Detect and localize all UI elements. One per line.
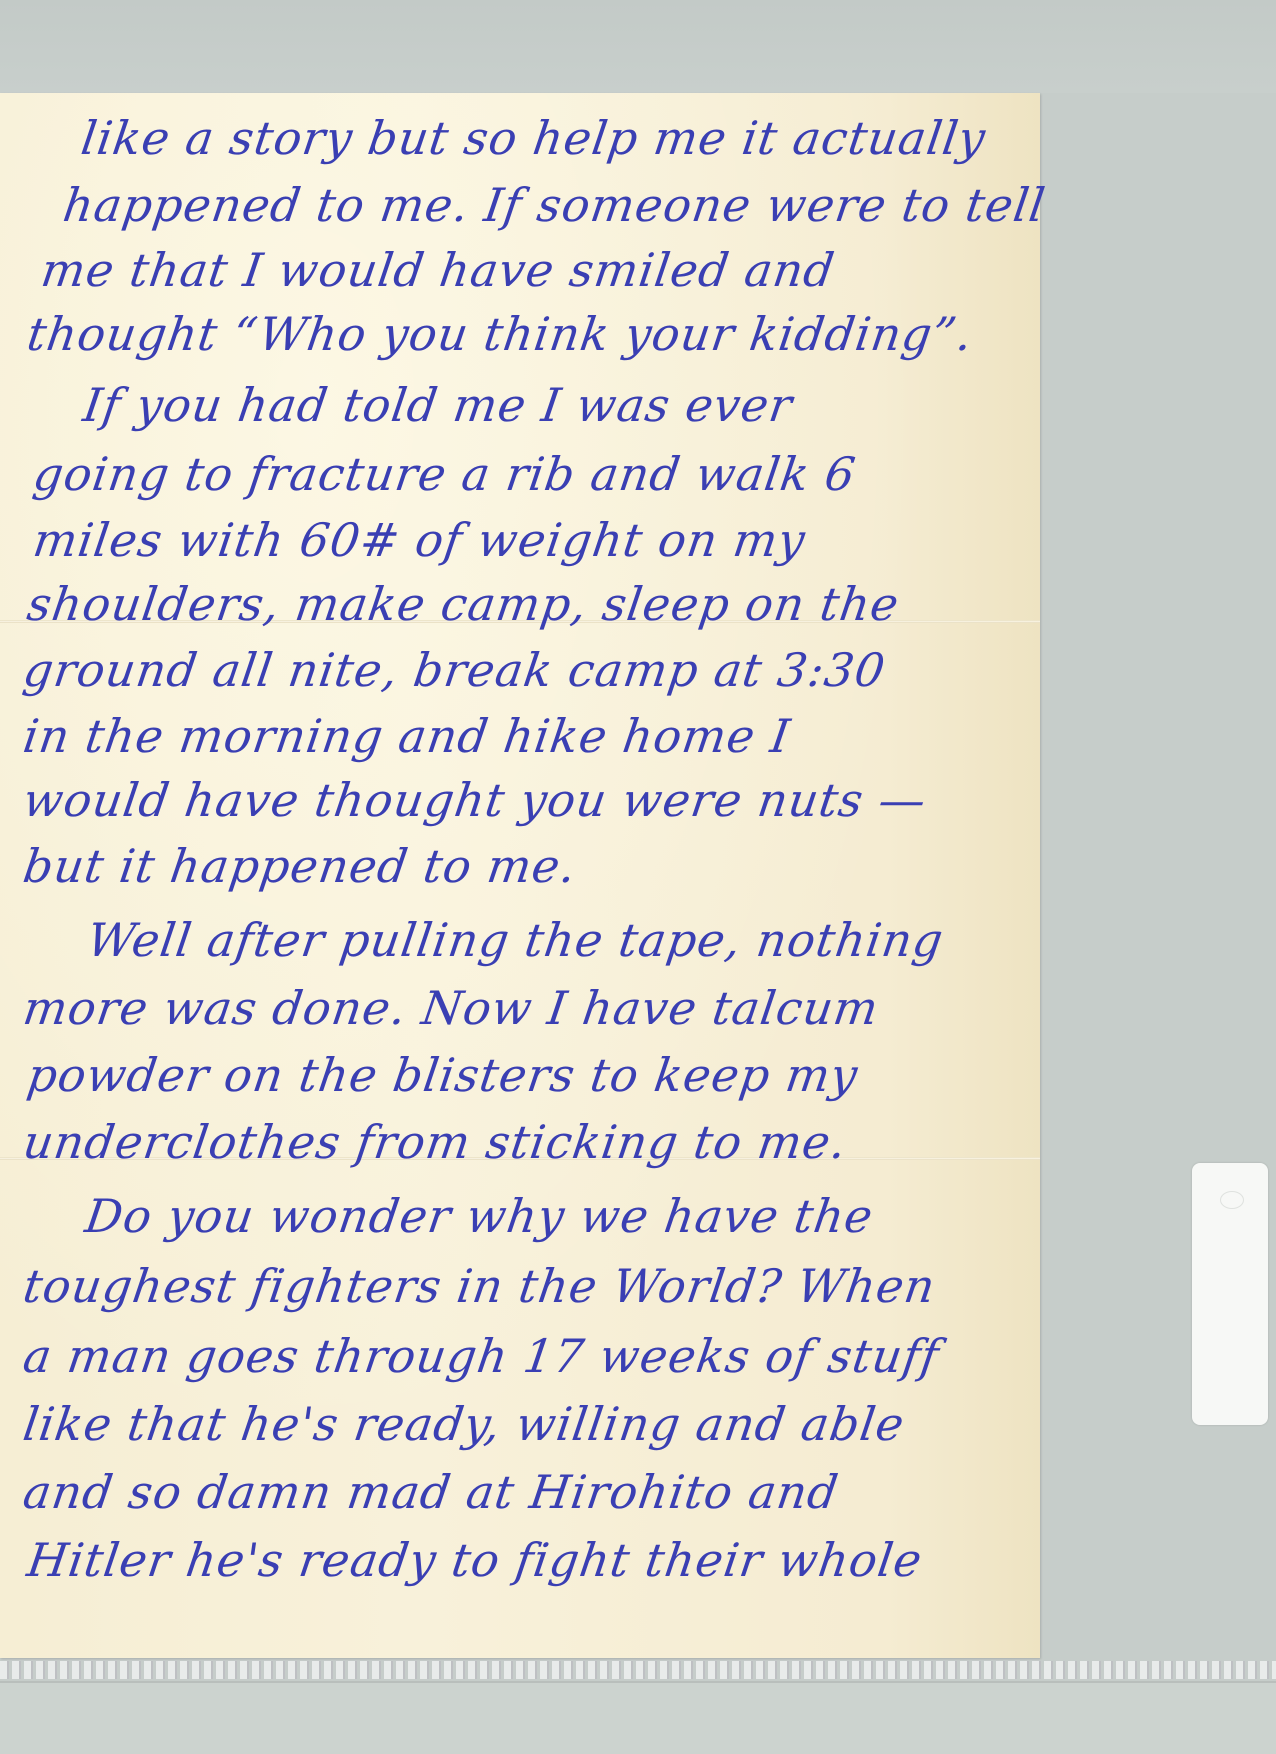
text-line: would have thought you were nuts — <box>20 773 930 827</box>
archival-sleeve-bottom <box>0 1683 1276 1754</box>
text-line: but it happened to me. <box>20 839 580 893</box>
text-line: like a story but so help me it actually <box>78 111 989 165</box>
text-line paragraph-start: If you had told me I was ever <box>80 378 796 432</box>
text-line: powder on the blisters to keep my <box>24 1048 861 1102</box>
text-line: going to fracture a rib and walk 6 <box>30 447 859 501</box>
text-line: toughest fighters in the World? When <box>20 1259 939 1313</box>
text-line: miles with 60# of weight on my <box>30 513 809 567</box>
text-line: Hitler he's ready to fight their whole <box>24 1533 926 1587</box>
text-line: a man goes through 17 weeks of stuff <box>20 1329 943 1383</box>
text-line: shoulders, make camp, sleep on the <box>24 577 903 631</box>
text-line paragraph-start: Well after pulling the tape, nothing <box>84 913 947 967</box>
text-line: and so damn mad at Hirohito and <box>20 1465 842 1519</box>
faint-stamp-icon <box>1220 1191 1244 1209</box>
text-line: underclothes from sticking to me. <box>20 1115 850 1169</box>
letter-page: like a story but so help me it actually … <box>0 93 1040 1658</box>
text-line: more was done. Now I have talcum <box>20 981 882 1035</box>
text-line: ground all nite, break camp at 3:30 <box>20 643 889 697</box>
text-line: thought “Who you think your kidding”. <box>24 307 976 361</box>
text-line: happened to me. If someone were to tell <box>60 178 1049 232</box>
sleeve-index-tab <box>1192 1163 1268 1425</box>
text-line: in the morning and hike home I <box>20 709 794 763</box>
text-line paragraph-start: Do you wonder why we have the <box>82 1189 877 1243</box>
archival-sleeve-top <box>0 0 1276 93</box>
text-line: like that he's ready, willing and able <box>20 1397 908 1451</box>
sleeve-perforation-strip <box>0 1661 1276 1679</box>
text-line: me that I would have smiled and <box>38 243 838 297</box>
